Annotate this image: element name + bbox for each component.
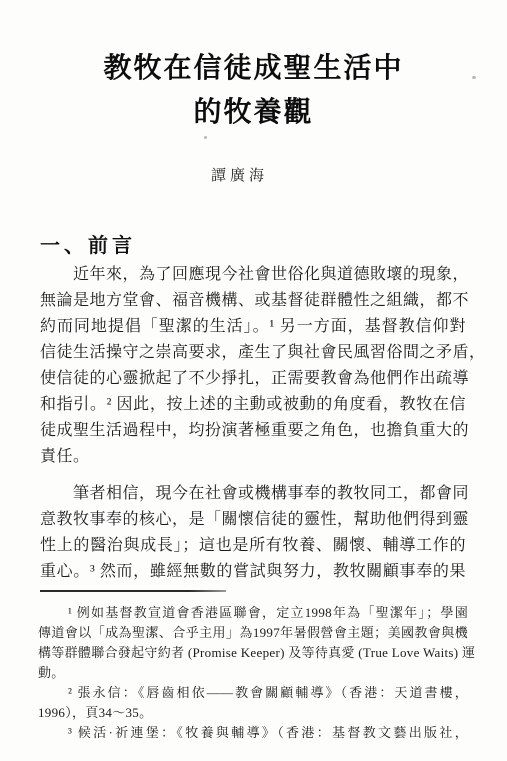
footnotes-block: ¹ 例如基督教宣道會香港區聯會，定立1998年為「聖潔年」；學園傳道會以「成為聖…: [38, 603, 468, 743]
footnote-line: 動。: [38, 663, 468, 683]
body-text: 近年來，為了回應現今社會世俗化與道德敗壞的現象，無論是地方堂會、福音機構、或基督…: [40, 262, 466, 585]
body-text-line: 筆者相信，現今在社會或機構事奉的教牧同工，都會同: [40, 481, 466, 507]
footnote-separator-rule: [40, 590, 226, 592]
scanned-document-page: 教牧在信徒成聖生活中 的牧養觀 譚廣海 一、前言 近年來，為了回應現今社會世俗化…: [0, 0, 507, 761]
section-heading: 一、前言: [40, 229, 136, 258]
article-title-line1: 教牧在信徒成聖生活中: [0, 47, 507, 91]
footnote-line: 1996），頁34～35。: [38, 703, 468, 723]
scan-speck: [204, 136, 207, 139]
body-text-line: 和指引。² 因此，按上述的主動或被動的角度看，教牧在信: [40, 392, 466, 418]
author-name: 譚廣海: [0, 164, 493, 185]
article-title-line2: 的牧養觀: [0, 91, 507, 135]
footnote-line: ² 張永信：《唇齒相依——教會關顧輔導》（香港：天道書樓，: [38, 683, 468, 703]
body-text-line: 約而同地提倡「聖潔的生活」。¹ 另一方面，基督教信仰對: [40, 314, 466, 340]
body-text-line: 性上的醫治與成長」；這也是所有牧養、關懷、輔導工作的: [40, 533, 466, 559]
body-text-line: 重心。³ 然而，雖經無數的嘗試與努力，教牧關顧事奉的果: [40, 559, 466, 585]
scan-speck: [472, 76, 476, 79]
footnote-line: 傳道會以「成為聖潔、合乎主用」為1997年暑假營會主題；美國教會與機: [38, 623, 468, 643]
body-text-line: 信徒生活操守之崇高要求，產生了與社會民風習俗間之矛盾，: [40, 340, 466, 366]
body-text-line: 責任。: [40, 444, 466, 470]
footnote-line: ³ 候活·祈連堡：《牧養與輔導》（香港：基督教文藝出版社，: [38, 723, 468, 743]
body-text-line: 徒成聖生活過程中，均扮演著極重要之角色，也擔負重大的: [40, 418, 466, 444]
body-text-line: 意教牧事奉的核心，是「關懷信徒的靈性，幫助他們得到靈: [40, 507, 466, 533]
body-text-line: 無論是地方堂會、福音機構、或基督徒群體性之組織，都不: [40, 288, 466, 314]
body-text-line: 近年來，為了回應現今社會世俗化與道德敗壞的現象，: [40, 262, 466, 288]
article-title: 教牧在信徒成聖生活中 的牧養觀: [0, 47, 507, 135]
footnote-line: ¹ 例如基督教宣道會香港區聯會，定立1998年為「聖潔年」；學園: [38, 603, 468, 623]
body-text-line: 使信徒的心靈掀起了不少掙扎，正需要教會為他們作出疏導: [40, 366, 466, 392]
footnote-line: 構等群體聯合發起守約者 (Promise Keeper) 及等待真愛 (True…: [38, 643, 468, 663]
